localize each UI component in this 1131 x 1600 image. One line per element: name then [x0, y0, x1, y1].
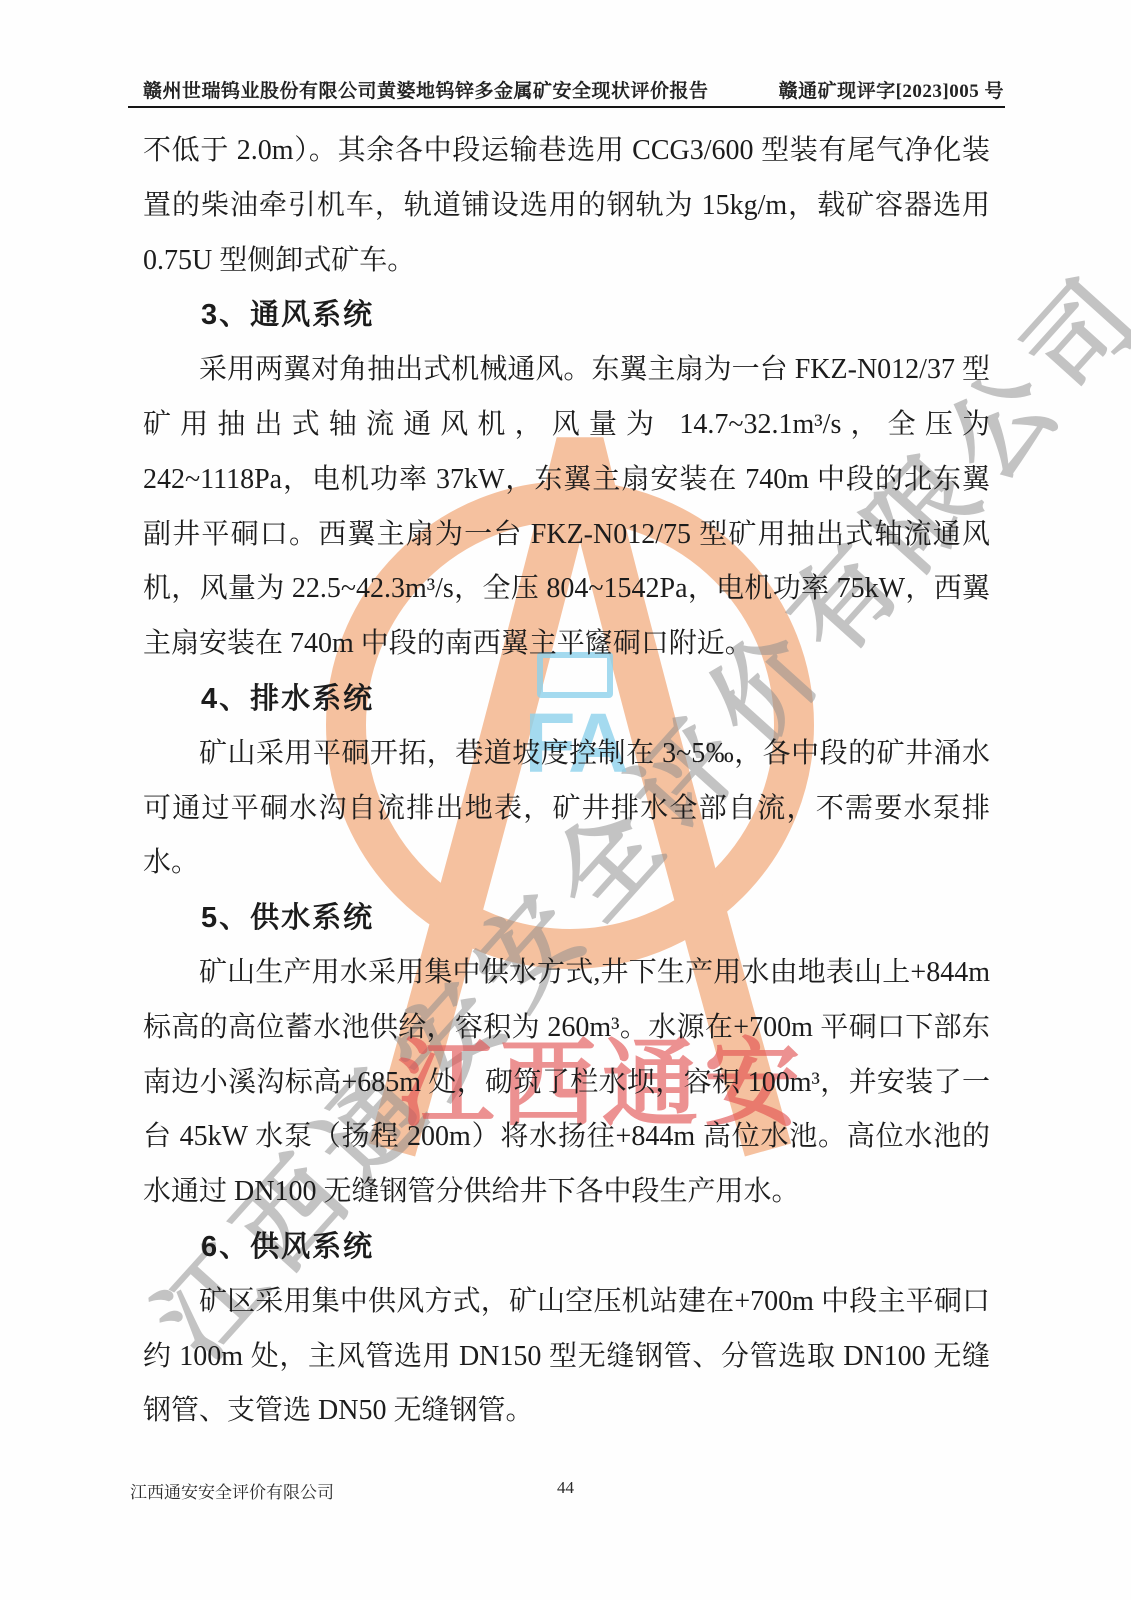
page-footer: 江西通安安全评价有限公司 44	[0, 1478, 1131, 1508]
header-rule	[128, 106, 1005, 108]
document-body: 不低于 2.0m）。其余各中段运输巷选用 CCG3/600 型装有尾气净化装置的…	[143, 124, 990, 1439]
section-heading-water-supply: 5、供水系统	[143, 891, 990, 946]
report-page: 江西通安安全评价有限公司 江西通安 FA 赣州世瑞钨业股份有限公司黄婆地钨锌多金…	[0, 0, 1131, 1600]
footer-page-number: 44	[0, 1478, 1131, 1498]
header-doc-number: 赣通矿现评字[2023]005 号	[779, 76, 1004, 103]
body-paragraph-ventilation: 采用两翼对角抽出式机械通风。东翼主扇为一台 FKZ-N012/37 型矿用抽出式…	[143, 343, 990, 672]
section-heading-drainage: 4、排水系统	[143, 672, 990, 727]
body-paragraph-air-supply: 矿区采用集中供风方式，矿山空压机站建在+700m 中段主平硐口约 100m 处，…	[143, 1275, 990, 1439]
body-paragraph-drainage: 矿山采用平硐开拓，巷道坡度控制在 3~5‰，各中段的矿井涌水可通过平硐水沟自流排…	[143, 727, 990, 891]
page-header: 赣州世瑞钨业股份有限公司黄婆地钨锌多金属矿安全现状评价报告 赣通矿现评字[202…	[143, 76, 1004, 103]
section-heading-air-supply: 6、供风系统	[143, 1220, 990, 1275]
body-paragraph-water-supply: 矿山生产用水采用集中供水方式,井下生产用水由地表山上+844m 标高的高位蓄水池…	[143, 946, 990, 1220]
body-paragraph-transport: 不低于 2.0m）。其余各中段运输巷选用 CCG3/600 型装有尾气净化装置的…	[143, 124, 990, 288]
header-report-title: 赣州世瑞钨业股份有限公司黄婆地钨锌多金属矿安全现状评价报告	[143, 76, 709, 103]
section-heading-ventilation: 3、通风系统	[143, 288, 990, 343]
